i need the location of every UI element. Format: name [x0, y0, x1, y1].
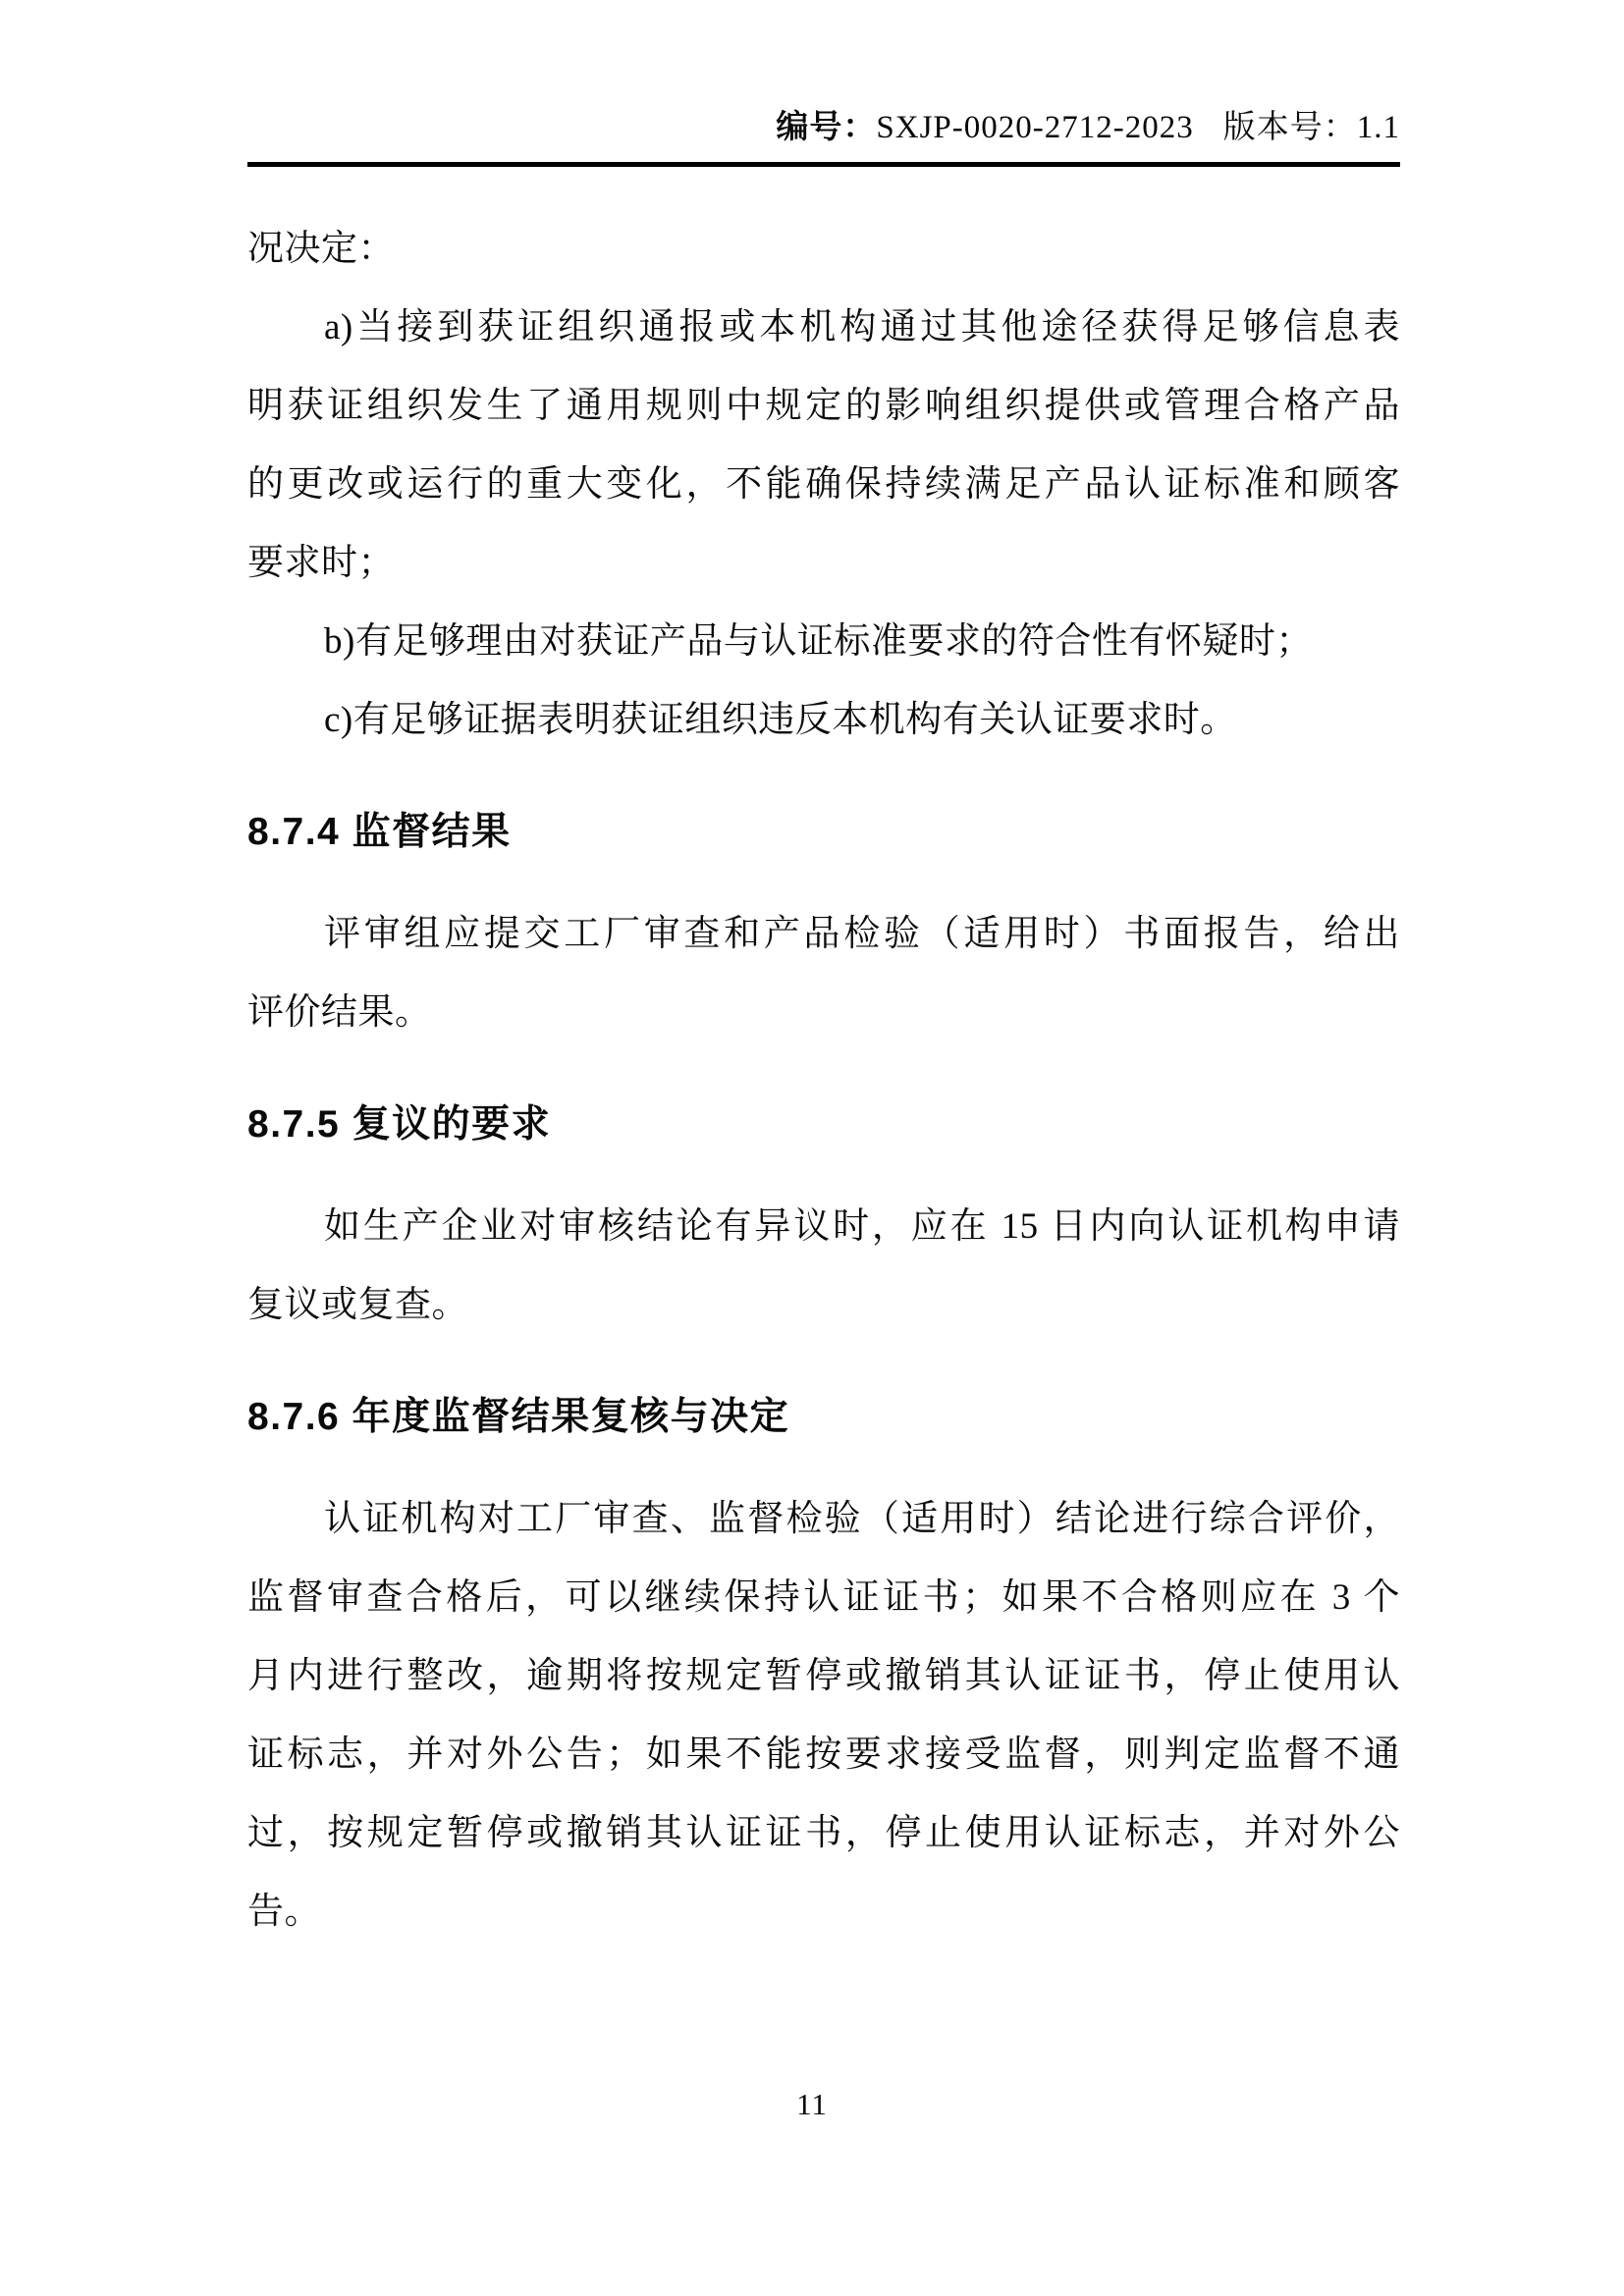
- body-paragraph: b)有足够理由对获证产品与认证标准要求的符合性有怀疑时；: [247, 603, 1400, 681]
- doc-number-label: 编号：: [776, 110, 876, 145]
- text-line: 月内进行整改，逾期将按规定暂停或撤销其认证证书，停止使用认: [247, 1637, 1400, 1716]
- text-line: 的更改或运行的重大变化，不能确保持续满足产品认证标准和顾客: [247, 446, 1400, 524]
- page-footer: 11: [0, 2087, 1624, 2122]
- document-header: 编号：SXJP-0020-2712-2023版本号：1.1: [247, 102, 1400, 167]
- text-line: 告。: [247, 1873, 1400, 1951]
- text-line: 复议或复查。: [247, 1266, 1400, 1345]
- body-paragraph: 评审组应提交工厂审查和产品检验（适用时）书面报告，给出评价结果。: [247, 895, 1400, 1052]
- document-body: 况决定：a)当接到获证组织通报或本机构通过其他途径获得足够信息表明获证组织发生了…: [247, 210, 1400, 1951]
- body-paragraph: c)有足够证据表明获证组织违反本机构有关认证要求时。: [247, 681, 1400, 760]
- text-line: 要求时；: [247, 524, 1400, 603]
- section-heading: 8.7.5 复议的要求: [247, 1086, 1400, 1164]
- text-line: 评价结果。: [247, 974, 1400, 1052]
- text-line: 况决定：: [247, 210, 1400, 289]
- text-line: a)当接到获证组织通报或本机构通过其他途径获得足够信息表: [247, 289, 1400, 367]
- section-heading: 8.7.6 年度监督结果复核与决定: [247, 1378, 1400, 1457]
- doc-number-value: SXJP-0020-2712-2023: [876, 110, 1193, 145]
- page-number: 11: [796, 2087, 828, 2121]
- text-line: 认证机构对工厂审查、监督检验（适用时）结论进行综合评价，: [247, 1480, 1400, 1559]
- text-line: 评审组应提交工厂审查和产品检验（适用时）书面报告，给出: [247, 895, 1400, 974]
- body-paragraph: 况决定：: [247, 210, 1400, 289]
- document-page: 编号：SXJP-0020-2712-2023版本号：1.1 况决定：a)当接到获…: [0, 0, 1624, 2296]
- text-line: 明获证组织发生了通用规则中规定的影响组织提供或管理合格产品: [247, 367, 1400, 446]
- body-paragraph: 如生产企业对审核结论有异议时，应在 15 日内向认证机构申请复议或复查。: [247, 1188, 1400, 1345]
- body-paragraph: a)当接到获证组织通报或本机构通过其他途径获得足够信息表明获证组织发生了通用规则…: [247, 289, 1400, 603]
- text-line: 过，按规定暂停或撤销其认证证书，停止使用认证标志，并对外公: [247, 1794, 1400, 1873]
- text-line: c)有足够证据表明获证组织违反本机构有关认证要求时。: [247, 681, 1400, 760]
- text-line: 证标志，并对外公告；如果不能按要求接受监督，则判定监督不通: [247, 1716, 1400, 1794]
- text-line: 监督审查合格后，可以继续保持认证证书；如果不合格则应在 3 个: [247, 1559, 1400, 1637]
- text-line: 如生产企业对审核结论有异议时，应在 15 日内向认证机构申请: [247, 1188, 1400, 1266]
- section-heading: 8.7.4 监督结果: [247, 793, 1400, 872]
- version-value: 1.1: [1357, 110, 1400, 145]
- body-paragraph: 认证机构对工厂审查、监督检验（适用时）结论进行综合评价，监督审查合格后，可以继续…: [247, 1480, 1400, 1951]
- text-line: b)有足够理由对获证产品与认证标准要求的符合性有怀疑时；: [247, 603, 1400, 681]
- version-label: 版本号：: [1223, 110, 1357, 145]
